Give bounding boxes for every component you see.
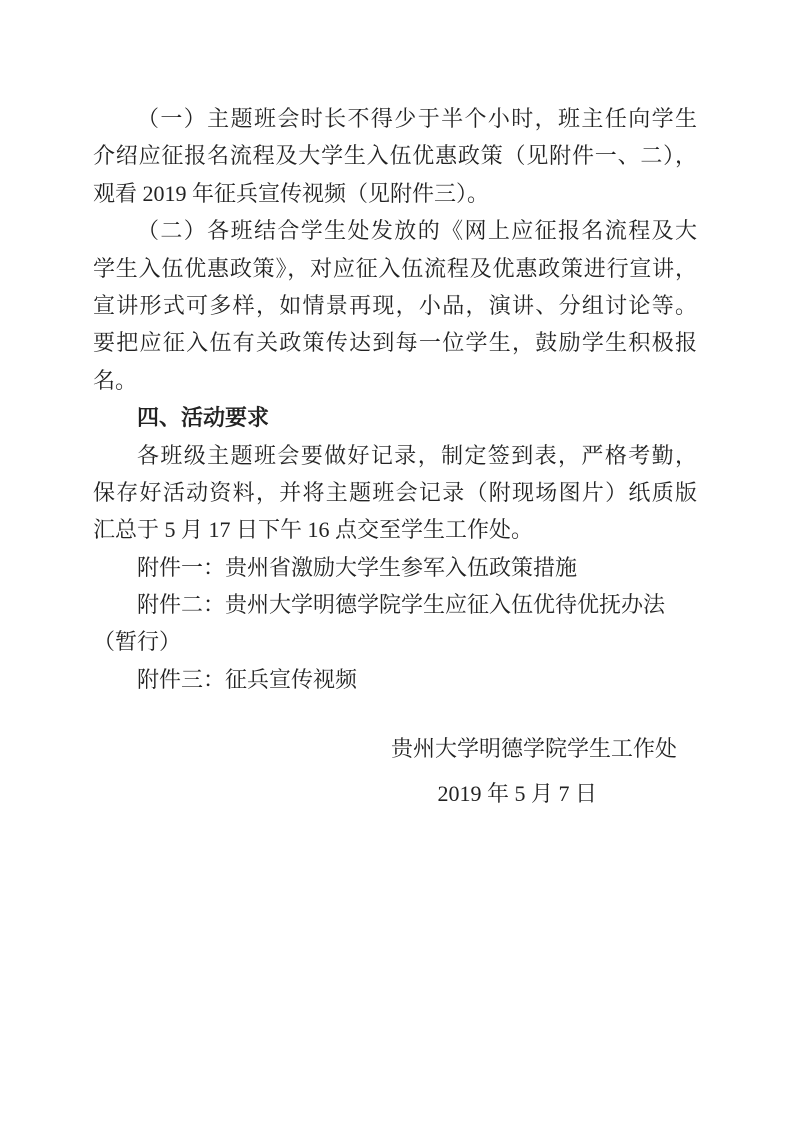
blank-line [93, 698, 697, 726]
text-line: 汇总于 5 月 17 日下午 16 点交至学生工作处。 [93, 511, 697, 548]
text-line: （二）各班结合学生处发放的《网上应征报名流程及大 [93, 212, 697, 249]
text-line: 保存好活动资料，并将主题班会记录（附现场图片）纸质版 [93, 474, 697, 511]
text-line: （一）主题班会时长不得少于半个小时，班主任向学生 [93, 100, 697, 137]
attachment-line: （暂行） [93, 623, 697, 660]
text-line: 各班级主题班会要做好记录，制定签到表，严格考勤， [93, 437, 697, 474]
text-line: 要把应征入伍有关政策传达到每一位学生，鼓励学生积极报 [93, 324, 697, 361]
attachment-line: 附件二：贵州大学明德学院学生应征入伍优待优抚办法 [93, 586, 697, 623]
text-line: 观看 2019 年征兵宣传视频（见附件三）。 [93, 175, 697, 212]
attachment-line: 附件一：贵州省激励大学生参军入伍政策措施 [93, 549, 697, 586]
text-line: 名。 [93, 362, 697, 399]
signature-org: 贵州大学明德学院学生工作处 [93, 726, 697, 771]
section-heading: 四、活动要求 [93, 399, 697, 436]
text-line: 介绍应征报名流程及大学生入伍优惠政策（见附件一、二）， [93, 137, 697, 174]
text-line: 学生入伍优惠政策》，对应征入伍流程及优惠政策进行宣讲， [93, 250, 697, 287]
text-line: 宣讲形式可多样，如情景再现，小品，演讲、分组讨论等。 [93, 287, 697, 324]
document-page: （一）主题班会时长不得少于半个小时，班主任向学生 介绍应征报名流程及大学生入伍优… [0, 0, 793, 1122]
attachment-line: 附件三：征兵宣传视频 [93, 661, 697, 698]
signature-date: 2019 年 5 月 7 日 [93, 771, 697, 816]
document-body: （一）主题班会时长不得少于半个小时，班主任向学生 介绍应征报名流程及大学生入伍优… [93, 100, 697, 816]
